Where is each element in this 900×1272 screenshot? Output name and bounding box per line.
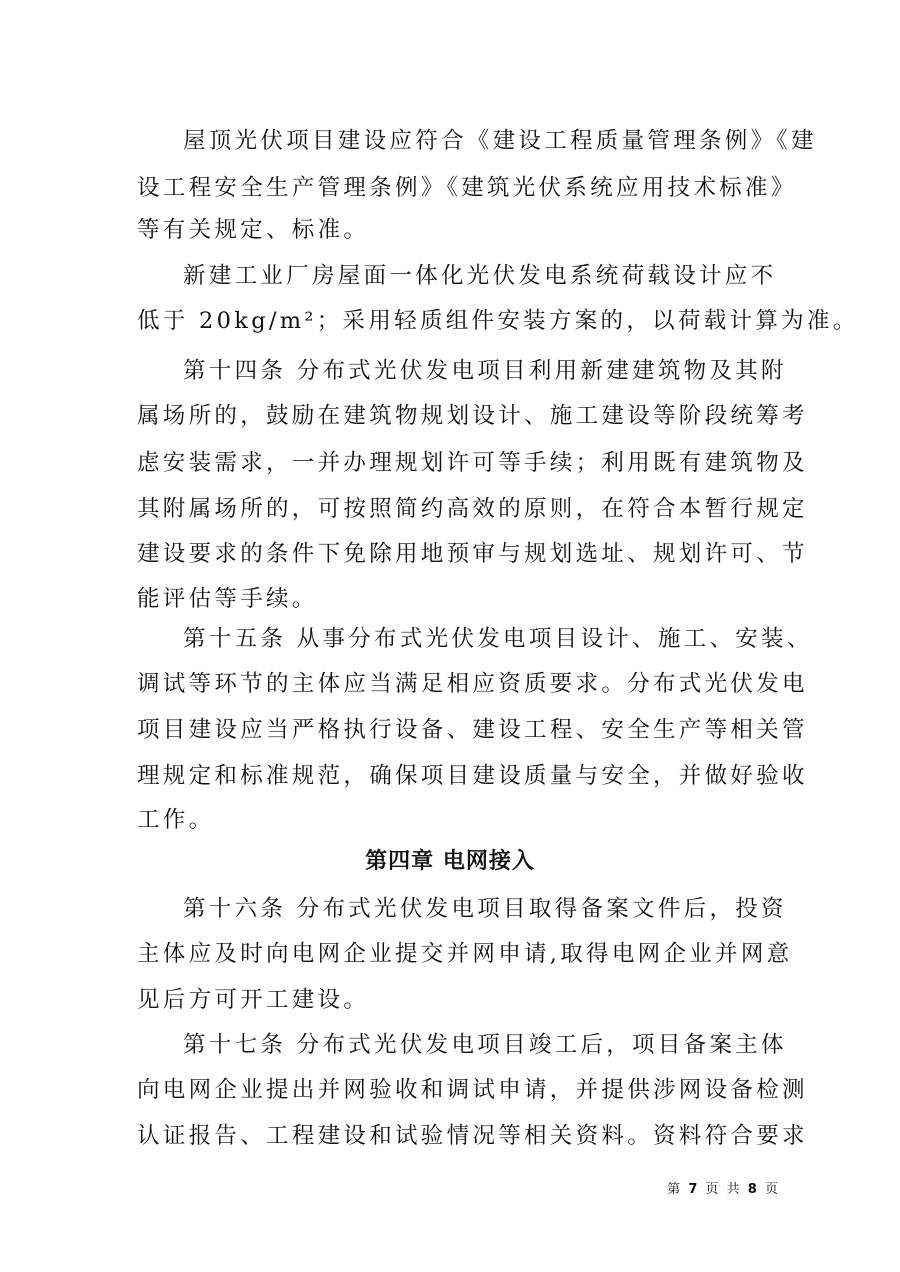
- footer-middle: 页 共: [706, 1182, 742, 1197]
- total-pages-number: 8: [748, 1182, 759, 1197]
- article-17-line: 向电网企业提出并网验收和调试申请，并提供涉网设备检测: [137, 1073, 777, 1107]
- article-17-line: 第十七条 分布式光伏发电项目竣工后，项目备案主体: [183, 1028, 777, 1062]
- paragraph-line: 设工程安全生产管理条例》《建筑光伏系统应用技术标准》: [137, 171, 777, 205]
- article-16-line: 第十六条 分布式光伏发电项目取得备案文件后，投资: [183, 892, 777, 926]
- page-number-footer: 第 7 页 共 8 页: [640, 1180, 780, 1200]
- chapter-heading: 第四章 电网接入: [0, 845, 900, 879]
- article-15-line: 调试等环节的主体应当满足相应资质要求。分布式光伏发电: [137, 667, 777, 701]
- article-15-line: 项目建设应当严格执行设备、建设工程、安全生产等相关管: [137, 713, 777, 747]
- footer-prefix: 第: [667, 1182, 682, 1197]
- article-16-line: 见后方可开工建设。: [137, 983, 777, 1017]
- article-17-line: 认证报告、工程建设和试验情况等相关资料。资料符合要求: [137, 1119, 777, 1153]
- article-14-line: 属场所的，鼓励在建筑物规划设计、施工建设等阶段统筹考: [137, 399, 777, 433]
- article-14-line: 建设要求的条件下免除用地预审与规划选址、规划许可、节: [137, 537, 777, 571]
- paragraph-line: 低于 20kg/m²；采用轻质组件安装方案的，以荷载计算为准。: [137, 304, 777, 338]
- paragraph-line: 等有关规定、标准。: [137, 213, 777, 247]
- article-14-line: 能评估等手续。: [137, 582, 777, 616]
- article-14-line: 其附属场所的，可按照简约高效的原则，在符合本暂行规定: [137, 492, 777, 526]
- paragraph-line: 新建工业厂房屋面一体化光伏发电系统荷载设计应不: [183, 259, 777, 293]
- footer-suffix: 页: [765, 1182, 780, 1197]
- document-page: 屋顶光伏项目建设应符合《建设工程质量管理条例》《建 设工程安全生产管理条例》《建…: [0, 0, 900, 1272]
- article-14-line: 第十四条 分布式光伏发电项目利用新建建筑物及其附: [183, 354, 777, 388]
- article-14-line: 虑安装需求，一并办理规划许可等手续；利用既有建筑物及: [137, 446, 777, 480]
- paragraph-line: 屋顶光伏项目建设应符合《建设工程质量管理条例》《建: [183, 124, 777, 158]
- article-15-line: 工作。: [137, 803, 777, 837]
- current-page-number: 7: [688, 1182, 699, 1197]
- article-15-line: 理规定和标准规范，确保项目建设质量与安全，并做好验收: [137, 759, 777, 793]
- article-16-line: 主体应及时向电网企业提交并网申请,取得电网企业并网意: [137, 937, 777, 971]
- article-15-line: 第十五条 从事分布式光伏发电项目设计、施工、安装、: [183, 622, 777, 656]
